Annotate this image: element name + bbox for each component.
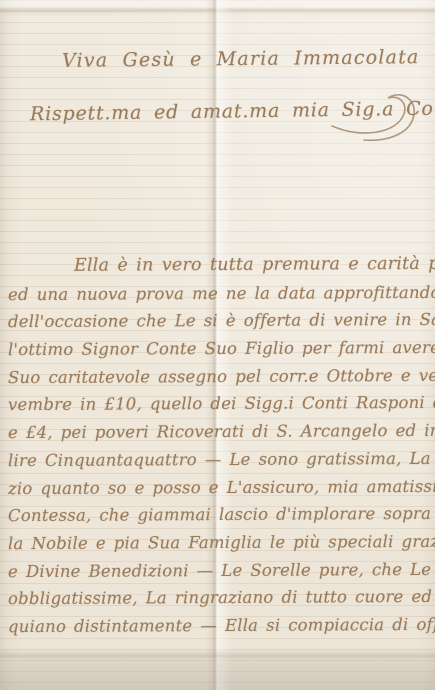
body-line: e £4, pei poveri Ricoverati di S. Arcang…	[8, 417, 432, 447]
bottom-fold-crease	[0, 648, 435, 690]
body-line: e Divine Benedizioni — Le Sorelle pure, …	[8, 555, 432, 585]
body-line: dell'occasione che Le si è offerta di ve…	[8, 306, 432, 336]
body-line: zio quanto so e posso e L'assicuro, mia …	[8, 472, 432, 502]
body-line: obbligatissime, La ringraziano di tutto …	[8, 583, 432, 613]
pen-flourish	[330, 88, 420, 144]
body-line: lire Cinquantaquattro — Le sono gratissi…	[8, 445, 432, 475]
letter-body: Ella è in vero tutta premura e carità pe…	[8, 252, 432, 640]
body-line: Contessa, che giammai lascio d'implorare…	[8, 500, 432, 530]
body-line: vembre in £10, quello dei Sigg.i Conti R…	[8, 389, 432, 419]
body-line: Ella è in vero tutta premura e carità pe…	[8, 251, 432, 281]
body-line: Suo caritatevole assegno pel corr.e Otto…	[8, 362, 432, 392]
scanned-letter-page: Viva Gesù e Maria Immacolata Rispett.ma …	[0, 0, 435, 690]
body-line: l'ottimo Signor Conte Suo Figlio per far…	[8, 334, 432, 364]
body-line: ed una nuova prova me ne la data approfi…	[8, 279, 432, 309]
invocation-line: Viva Gesù e Maria Immacolata	[62, 46, 420, 72]
body-line: la Nobile e pia Sua Famiglia le più spec…	[8, 528, 432, 558]
body-line: quiano distintamente — Ella si compiacci…	[8, 611, 432, 641]
